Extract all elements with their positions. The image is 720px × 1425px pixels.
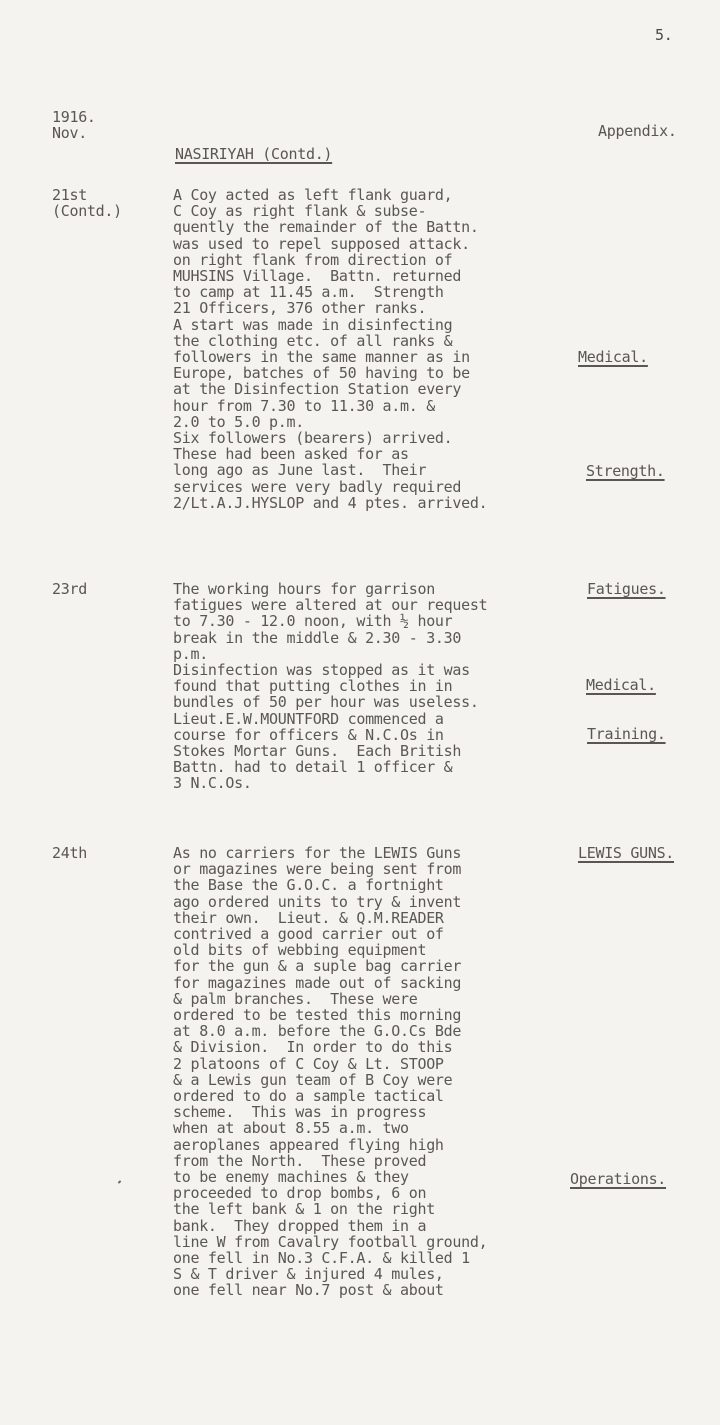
entry-date: 23rd	[52, 581, 87, 598]
body-line: fatigues were altered at our request	[173, 597, 487, 613]
body-line: ordered to be tested this morning	[173, 1007, 487, 1023]
body-line: 2 platoons of C Coy & Lt. STOOP	[173, 1056, 487, 1072]
body-line: A Coy acted as left flank guard,	[173, 187, 487, 203]
margin-note-operations: Operations.	[570, 1171, 666, 1188]
body-line: from the North. These proved	[173, 1153, 487, 1169]
body-line: when at about 8.55 a.m. two	[173, 1120, 487, 1136]
body-line: 21 Officers, 376 other ranks.	[173, 300, 487, 316]
body-line: on right flank from direction of	[173, 252, 487, 268]
body-line: quently the remainder of the Battn.	[173, 219, 487, 235]
body-line: at 8.0 a.m. before the G.O.Cs Bde	[173, 1023, 487, 1039]
body-line: to camp at 11.45 a.m. Strength	[173, 284, 487, 300]
body-line: one fell near No.7 post & about	[173, 1282, 487, 1298]
body-line: ago ordered units to try & invent	[173, 894, 487, 910]
body-line: the clothing etc. of all ranks &	[173, 333, 487, 349]
body-line: to be enemy machines & they	[173, 1169, 487, 1185]
body-line: Europe, batches of 50 having to be	[173, 365, 487, 381]
paper-mark	[118, 1180, 122, 1183]
body-line: contrived a good carrier out of	[173, 926, 487, 942]
section-heading: NASIRIYAH (Contd.)	[175, 146, 332, 163]
body-line: at the Disinfection Station every	[173, 381, 487, 397]
entry-body-24th: As no carriers for the LEWIS Guns or mag…	[173, 845, 487, 1299]
margin-note-fatigues: Fatigues.	[587, 581, 666, 598]
war-diary-page: 5. 1916. Nov. Appendix. NASIRIYAH (Contd…	[0, 0, 720, 1425]
body-line: or magazines were being sent from	[173, 861, 487, 877]
body-line: 2/Lt.A.J.HYSLOP and 4 ptes. arrived.	[173, 495, 487, 511]
body-line: The working hours for garrison	[173, 581, 487, 597]
body-line: followers in the same manner as in	[173, 349, 487, 365]
body-line: MUHSINS Village. Battn. returned	[173, 268, 487, 284]
body-line: scheme. This was in progress	[173, 1104, 487, 1120]
body-line: for magazines made out of sacking	[173, 975, 487, 991]
body-line: their own. Lieut. & Q.M.READER	[173, 910, 487, 926]
body-line: ordered to do a sample tactical	[173, 1088, 487, 1104]
body-line: 2.0 to 5.0 p.m.	[173, 414, 487, 430]
entry-body-23rd: The working hours for garrison fatigues …	[173, 581, 487, 792]
body-line: was used to repel supposed attack.	[173, 236, 487, 252]
body-line: & palm branches. These were	[173, 991, 487, 1007]
body-line: course for officers & N.C.Os in	[173, 727, 487, 743]
body-line: Disinfection was stopped as it was	[173, 662, 487, 678]
body-line: Stokes Mortar Guns. Each British	[173, 743, 487, 759]
margin-note-training: Training.	[587, 726, 666, 743]
body-line: proceeded to drop bombs, 6 on	[173, 1185, 487, 1201]
margin-note-strength: Strength.	[586, 463, 665, 480]
body-line: the Base the G.O.C. a fortnight	[173, 877, 487, 893]
body-line: S & T driver & injured 4 mules,	[173, 1266, 487, 1282]
body-line: Battn. had to detail 1 officer &	[173, 759, 487, 775]
body-line: for the gun & a suple bag carrier	[173, 958, 487, 974]
body-line: services were very badly required	[173, 479, 487, 495]
body-line: break in the middle & 2.30 - 3.30	[173, 630, 487, 646]
entry-body-21st: A Coy acted as left flank guard, C Coy a…	[173, 187, 487, 511]
body-line: bank. They dropped them in a	[173, 1218, 487, 1234]
body-line: long ago as June last. Their	[173, 462, 487, 478]
body-line: aeroplanes appeared flying high	[173, 1137, 487, 1153]
body-line: line W from Cavalry football ground,	[173, 1234, 487, 1250]
entry-date: 24th	[52, 845, 87, 862]
body-line: hour from 7.30 to 11.30 a.m. &	[173, 398, 487, 414]
body-line: one fell in No.3 C.F.A. & killed 1	[173, 1250, 487, 1266]
page-number: 5.	[655, 27, 672, 44]
body-line: bundles of 50 per hour was useless.	[173, 694, 487, 710]
body-line: & a Lewis gun team of B Coy were	[173, 1072, 487, 1088]
margin-note-medical: Medical.	[586, 677, 656, 694]
month-label: Nov.	[52, 125, 87, 142]
body-line: found that putting clothes in in	[173, 678, 487, 694]
body-line: & Division. In order to do this	[173, 1039, 487, 1055]
body-line: the left bank & 1 on the right	[173, 1201, 487, 1217]
appendix-column-header: Appendix.	[598, 123, 677, 140]
body-line: old bits of webbing equipment	[173, 942, 487, 958]
body-line: to 7.30 - 12.0 noon, with ½ hour	[173, 613, 487, 629]
margin-note-medical: Medical.	[578, 349, 648, 366]
body-line: C Coy as right flank & subse-	[173, 203, 487, 219]
body-line: As no carriers for the LEWIS Guns	[173, 845, 487, 861]
body-line: Lieut.E.W.MOUNTFORD commenced a	[173, 711, 487, 727]
body-line: Six followers (bearers) arrived.	[173, 430, 487, 446]
entry-date-note: (Contd.)	[52, 203, 122, 220]
margin-note-lewis-guns: LEWIS GUNS.	[578, 845, 674, 862]
body-line: 3 N.C.Os.	[173, 775, 487, 791]
body-line: These had been asked for as	[173, 446, 487, 462]
body-line: A start was made in disinfecting	[173, 317, 487, 333]
body-line: p.m.	[173, 646, 487, 662]
